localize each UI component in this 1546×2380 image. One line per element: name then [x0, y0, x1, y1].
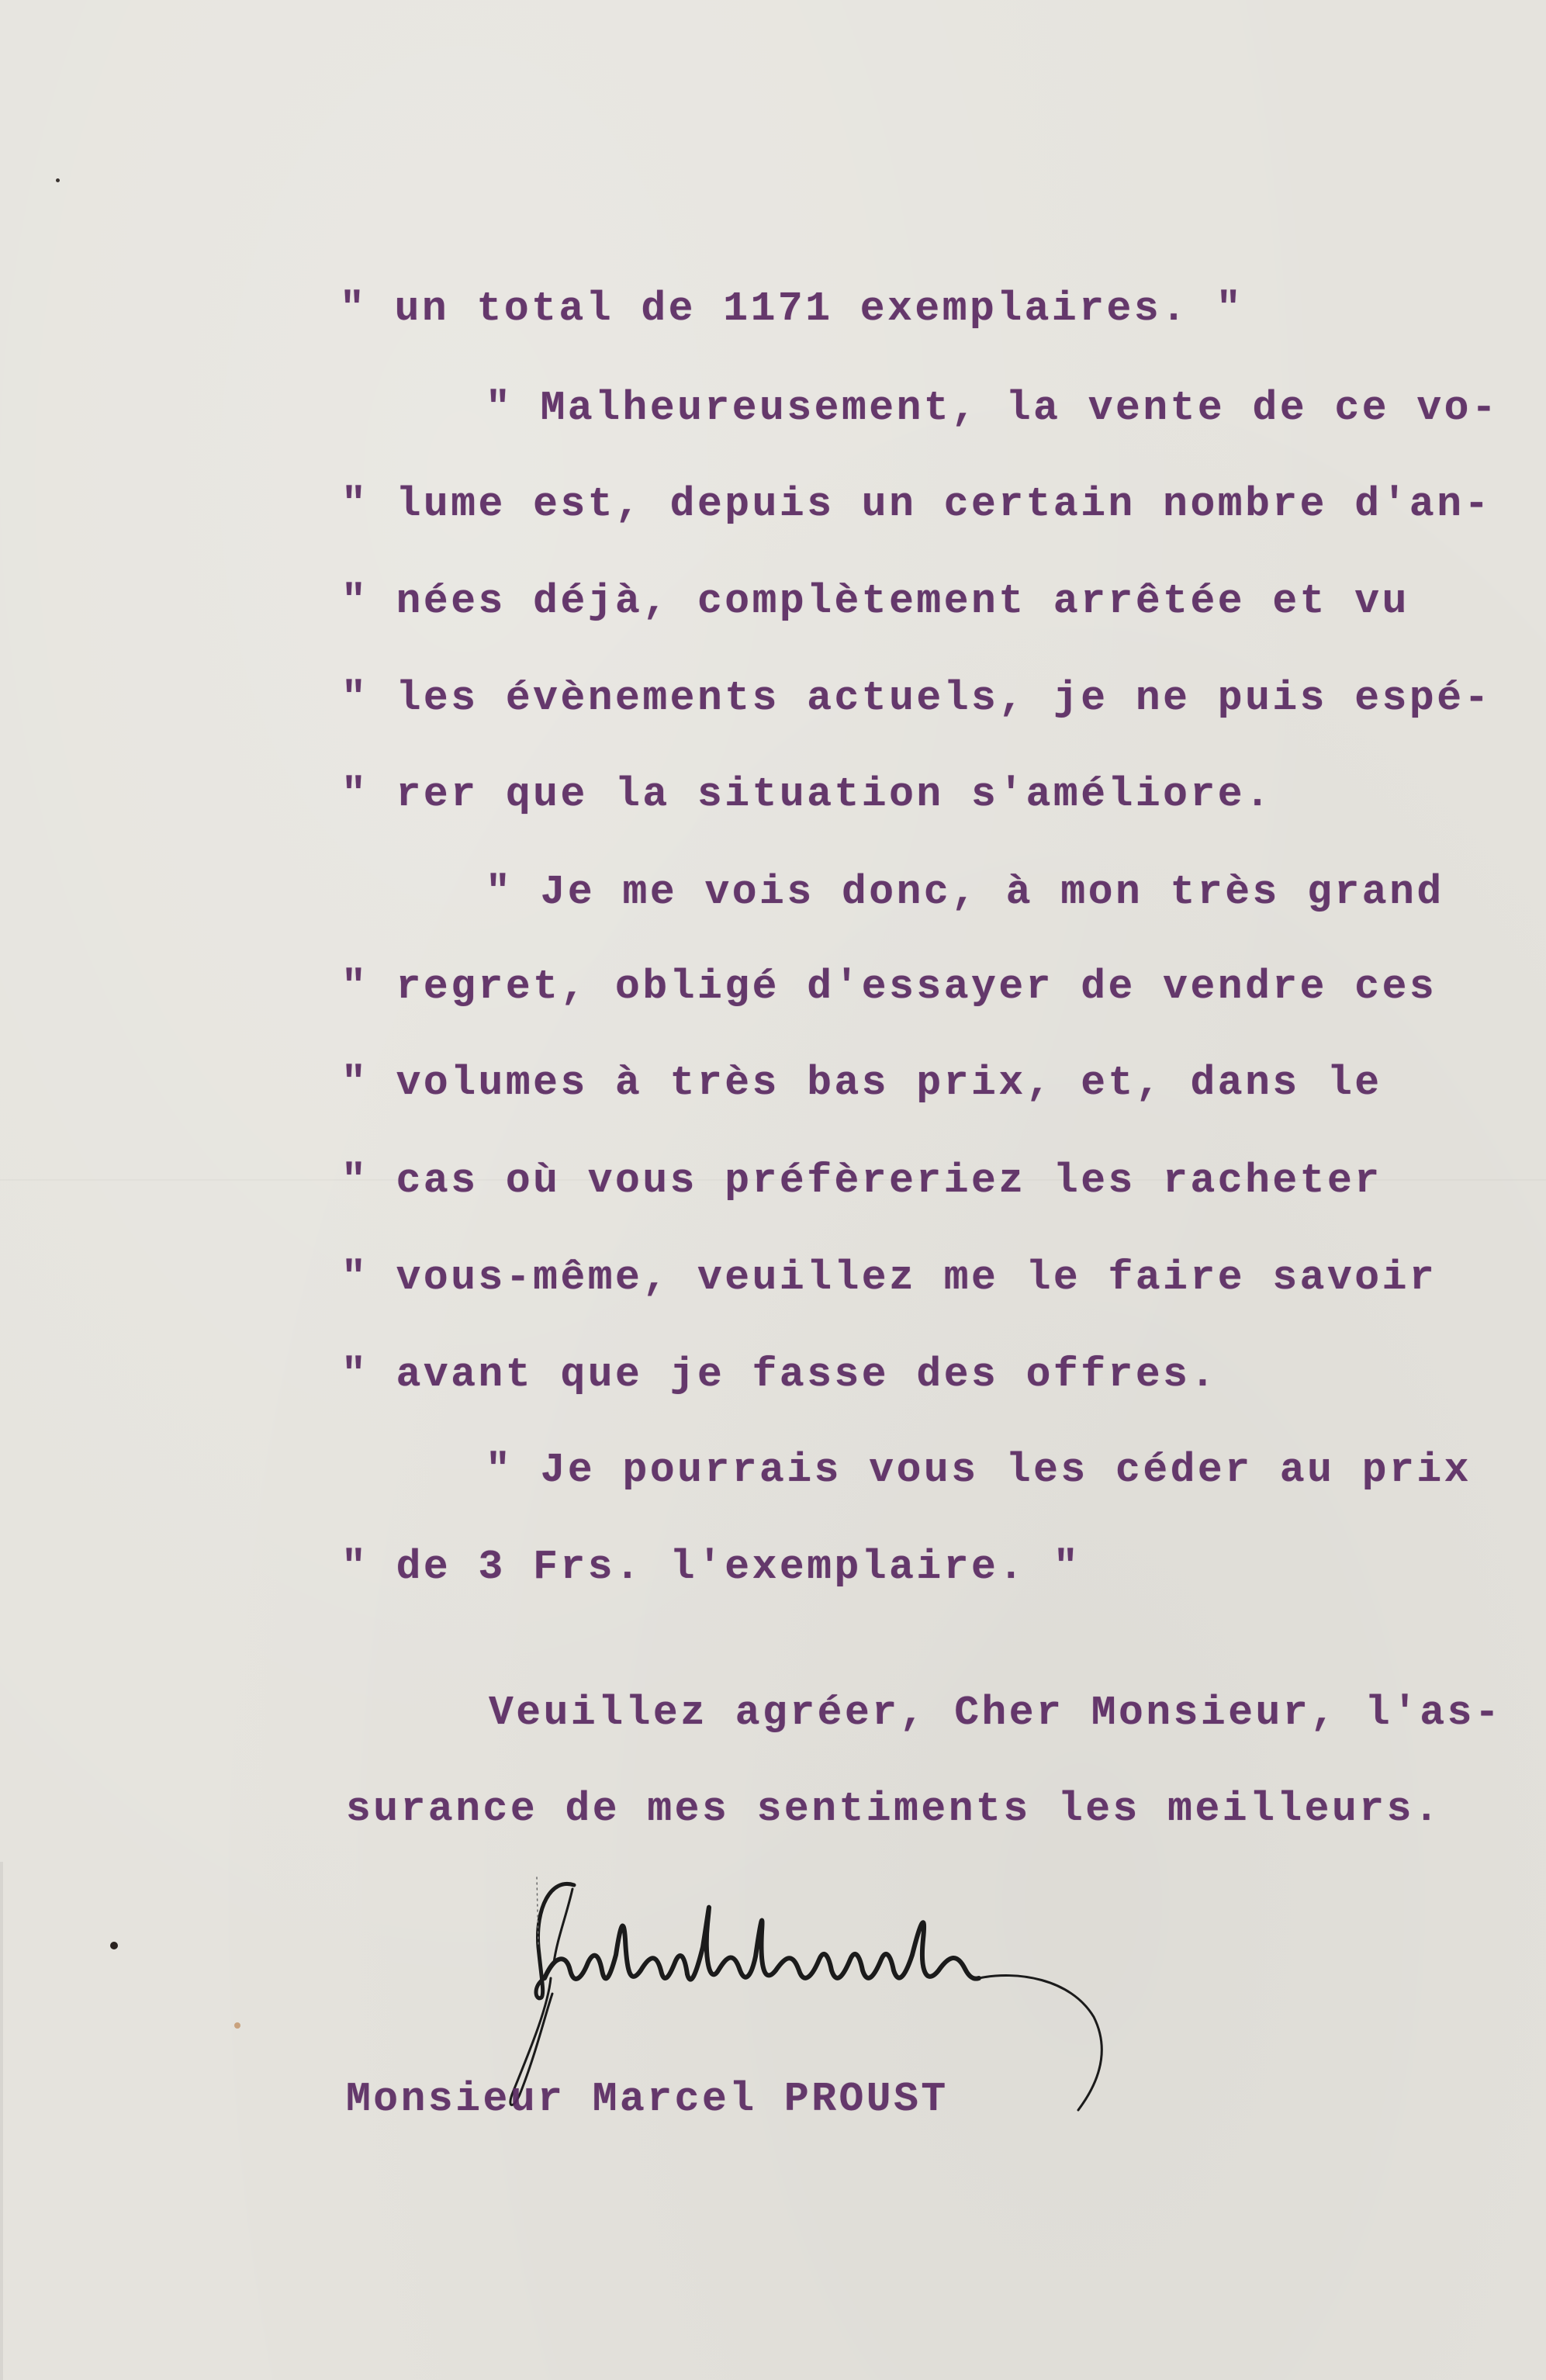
stain-spot [234, 2022, 240, 2029]
paper-edge [0, 1862, 3, 2380]
addressee-line: Monsieur Marcel PROUST [346, 2079, 949, 2120]
letter-line: " regret, obligé d'essayer de vendre ces [341, 967, 1437, 1008]
letter-line: " de 3 Frs. l'exemplaire. " [341, 1547, 1081, 1588]
letter-line: " Je me vois donc, à mon très grand [486, 872, 1444, 913]
letter-line: " rer que la situation s'améliore. [341, 774, 1272, 815]
letter-line: " lume est, depuis un certain nombre d'a… [341, 484, 1492, 525]
letter-line: " avant que je fasse des offres. [341, 1354, 1218, 1396]
letter-line: " Malheureusement, la vente de ce vo- [486, 388, 1499, 429]
letter-line: " nées déjà, complètement arrêtée et vu [341, 581, 1409, 622]
ink-spot [110, 1942, 118, 1949]
letter-line: " Je pourrais vous les céder au prix [486, 1450, 1472, 1491]
letter-line: " volumes à très bas prix, et, dans le [341, 1063, 1382, 1104]
letter-line: " vous-même, veuillez me le faire savoir [341, 1257, 1437, 1299]
ink-spot [56, 178, 60, 182]
closing-line: Veuillez agréer, Cher Monsieur, l'as- [489, 1693, 1502, 1734]
closing-line: surance de mes sentiments les meilleurs. [346, 1789, 1441, 1830]
letter-line: " un total de 1171 exemplaires. " [340, 289, 1243, 330]
letter-page: " un total de 1171 exemplaires. " " Malh… [0, 0, 1546, 2380]
letter-line: " cas où vous préfèreriez les racheter [341, 1161, 1382, 1202]
letter-line: " les évènements actuels, je ne puis esp… [341, 678, 1492, 719]
